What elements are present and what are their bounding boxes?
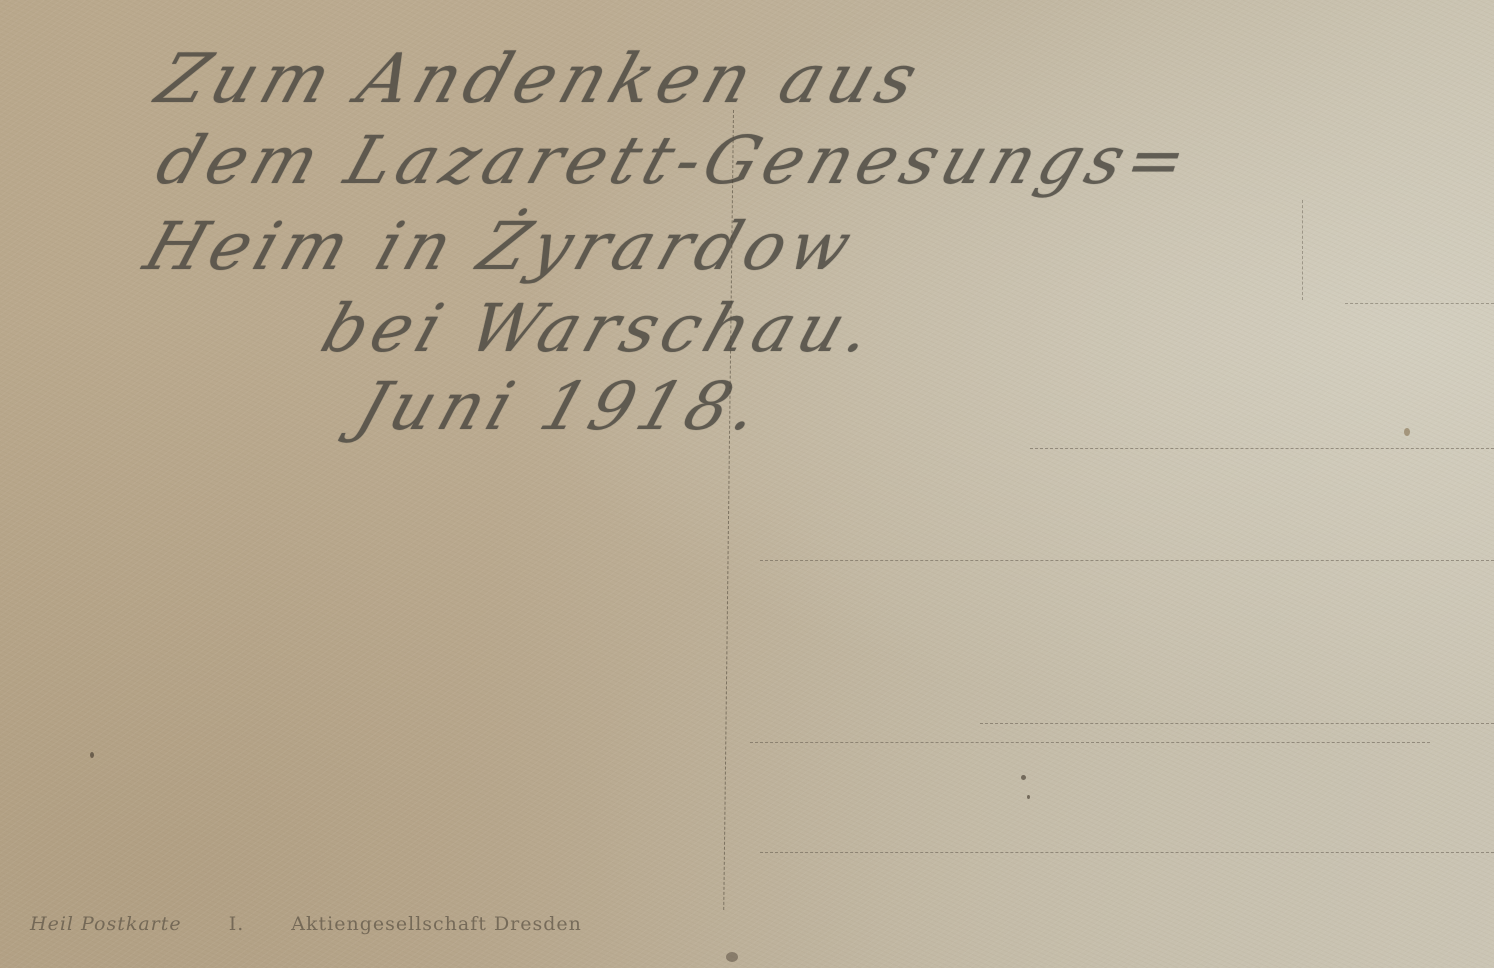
address-line-1 xyxy=(1030,448,1494,449)
imprint-brand: Heil Postkarte xyxy=(30,913,182,935)
imprint-publisher: Aktiengesellschaft Dresden xyxy=(291,913,582,935)
address-line-4 xyxy=(750,742,1430,743)
address-line-5 xyxy=(760,852,1494,853)
handwritten-line-2: dem Lazarett-Genesungs= xyxy=(147,122,1202,199)
address-line-2 xyxy=(760,560,1494,561)
address-line-3 xyxy=(980,723,1494,724)
paper-speck xyxy=(90,752,94,758)
handwritten-line-3: Heim in Żyrardow xyxy=(135,208,866,285)
publisher-imprint: Heil Postkarte I. Aktiengesellschaft Dre… xyxy=(30,913,582,935)
handwritten-line-4: bei Warschau. xyxy=(312,290,888,367)
stamp-box-left-edge xyxy=(1302,200,1303,300)
paper-stain xyxy=(1404,428,1410,436)
paper-speck xyxy=(1027,795,1030,799)
postcard-back: Zum Andenken aus dem Lazarett-Genesungs=… xyxy=(0,0,1494,968)
handwritten-line-1: Zum Andenken aus xyxy=(147,40,932,119)
paper-stain xyxy=(726,952,738,962)
handwritten-line-5: Juni 1918. xyxy=(347,368,775,445)
imprint-separator: I. xyxy=(229,913,245,935)
paper-speck xyxy=(1021,775,1026,780)
stamp-box-bottom-edge xyxy=(1345,303,1494,304)
